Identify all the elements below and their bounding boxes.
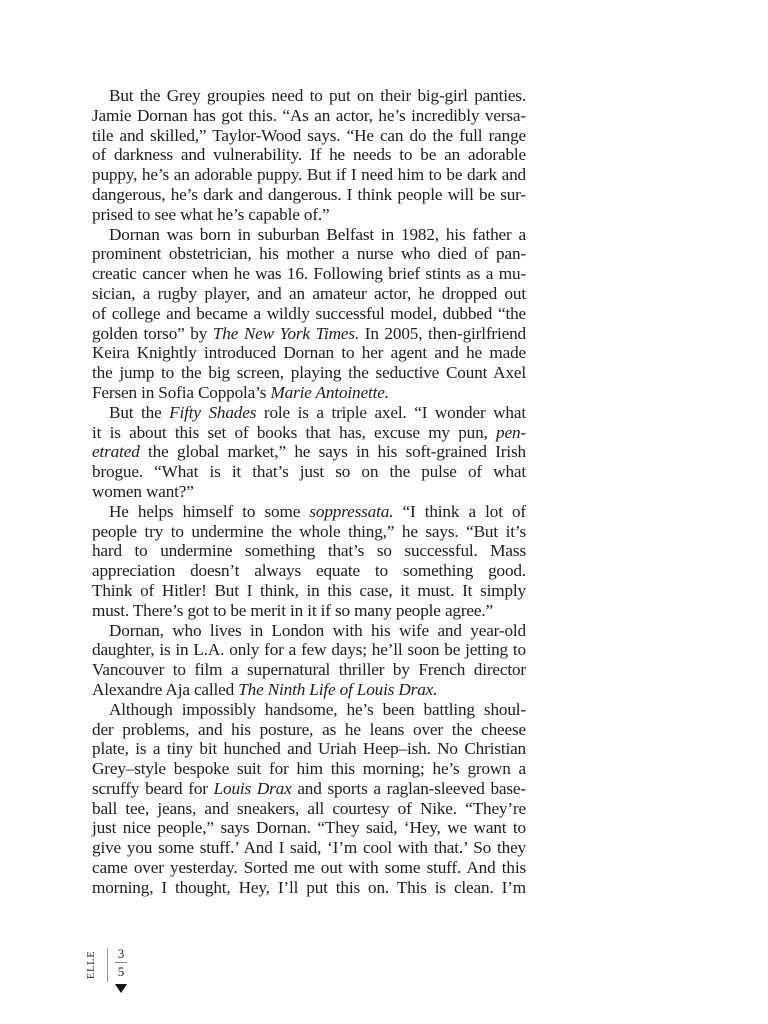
text-line: just nice people,” says Dornan. “They sa…	[92, 818, 526, 838]
text-line: hard to undermine something that’s so su…	[92, 541, 526, 561]
page-folio: ELLE 3 5	[86, 946, 146, 998]
text-line: prominent obstetrician, his mother a nur…	[92, 244, 526, 264]
text-line: But the Fifty Shades role is a triple ax…	[92, 403, 526, 423]
text-line: came over yesterday. Sorted me out with …	[92, 858, 526, 878]
article-body: But the Grey groupies need to put on the…	[92, 86, 526, 898]
text-line: women want?”	[92, 482, 526, 502]
text-line: Alexandre Aja called The Ninth Life of L…	[92, 680, 526, 700]
down-triangle-icon[interactable]	[115, 984, 127, 993]
text-line: Think of Hitler! But I think, in this ca…	[92, 581, 526, 601]
text-line: daughter, is in L.A. only for a few days…	[92, 640, 526, 660]
text-line: Keira Knightly introduced Dornan to her …	[92, 343, 526, 363]
paragraph: Dornan was born in suburban Belfast in 1…	[92, 225, 526, 403]
magazine-name: ELLE	[86, 948, 100, 982]
folio-divider	[107, 948, 108, 982]
italic-title: soppressata.	[309, 502, 393, 521]
paragraph: Although impossibly handsome, he’s been …	[92, 700, 526, 898]
text-line: tile and skilled,” Taylor-Wood says. “He…	[92, 126, 526, 146]
text-line: of college and became a wildly successfu…	[92, 304, 526, 324]
italic-title: Fifty Shades	[169, 403, 256, 422]
text-line: people try to undermine the whole thing,…	[92, 522, 526, 542]
text-line: Dornan was born in suburban Belfast in 1…	[92, 225, 526, 245]
text-line: morning, I thought, Hey, I’ll put this o…	[92, 878, 526, 898]
italic-title: The New York Times.	[213, 324, 359, 343]
italic-title: The Ninth Life of Louis Drax.	[238, 680, 437, 699]
text-line: Although impossibly handsome, he’s been …	[92, 700, 526, 720]
text-line: must. There’s got to be merit in it if s…	[92, 601, 526, 621]
text-line: der problems, and his posture, as he lea…	[92, 720, 526, 740]
text-line: Fersen in Sofia Coppola’s Marie Antoinet…	[92, 383, 526, 403]
text-line: Grey–style bespoke suit for him this mor…	[92, 759, 526, 779]
text-line: of darkness and vulnerability. If he nee…	[92, 145, 526, 165]
paragraph: He helps himself to some soppressata. “I…	[92, 502, 526, 621]
italic-title: Marie Antoinette.	[270, 383, 388, 402]
text-line: sician, a rugby player, and an amateur a…	[92, 284, 526, 304]
paragraph: But the Fifty Shades role is a triple ax…	[92, 403, 526, 502]
magazine-page: But the Grey groupies need to put on the…	[0, 0, 768, 1024]
text-line: the jump to the big screen, playing the …	[92, 363, 526, 383]
text-line: puppy, he’s an adorable puppy. But if I …	[92, 165, 526, 185]
italic-title: etrated	[92, 442, 140, 461]
text-line: Jamie Dornan has got this. “As an actor,…	[92, 106, 526, 126]
text-line: He helps himself to some soppressata. “I…	[92, 502, 526, 522]
text-line: give you some stuff.’ And I said, ‘I’m c…	[92, 838, 526, 858]
text-line: dangerous, he’s dark and dangerous. I th…	[92, 185, 526, 205]
text-line: golden torso” by The New York Times. In …	[92, 324, 526, 344]
italic-title: pen-	[496, 423, 526, 442]
italic-title: Louis Drax	[214, 779, 292, 798]
page-current: 3	[114, 946, 128, 961]
text-line: appreciation doesn’t always equate to so…	[92, 561, 526, 581]
text-line: Dornan, who lives in London with his wif…	[92, 621, 526, 641]
text-line: brogue. “What is it that’s just so on th…	[92, 462, 526, 482]
text-line: it is about this set of books that has, …	[92, 423, 526, 443]
text-line: creatic cancer when he was 16. Following…	[92, 264, 526, 284]
text-line: ball tee, jeans, and sneakers, all court…	[92, 799, 526, 819]
page-counter: 3 5	[114, 946, 128, 979]
paragraph: But the Grey groupies need to put on the…	[92, 86, 526, 225]
text-line: Vancouver to film a supernatural thrille…	[92, 660, 526, 680]
paragraph: Dornan, who lives in London with his wif…	[92, 621, 526, 700]
text-line: plate, is a tiny bit hunched and Uriah H…	[92, 739, 526, 759]
text-line: etrated the global market,” he says in h…	[92, 442, 526, 462]
text-line: But the Grey groupies need to put on the…	[92, 86, 526, 106]
text-line: prised to see what he’s capable of.”	[92, 205, 526, 225]
text-line: scruffy beard for Louis Drax and sports …	[92, 779, 526, 799]
fraction-bar	[115, 962, 127, 963]
page-total: 5	[114, 964, 128, 979]
